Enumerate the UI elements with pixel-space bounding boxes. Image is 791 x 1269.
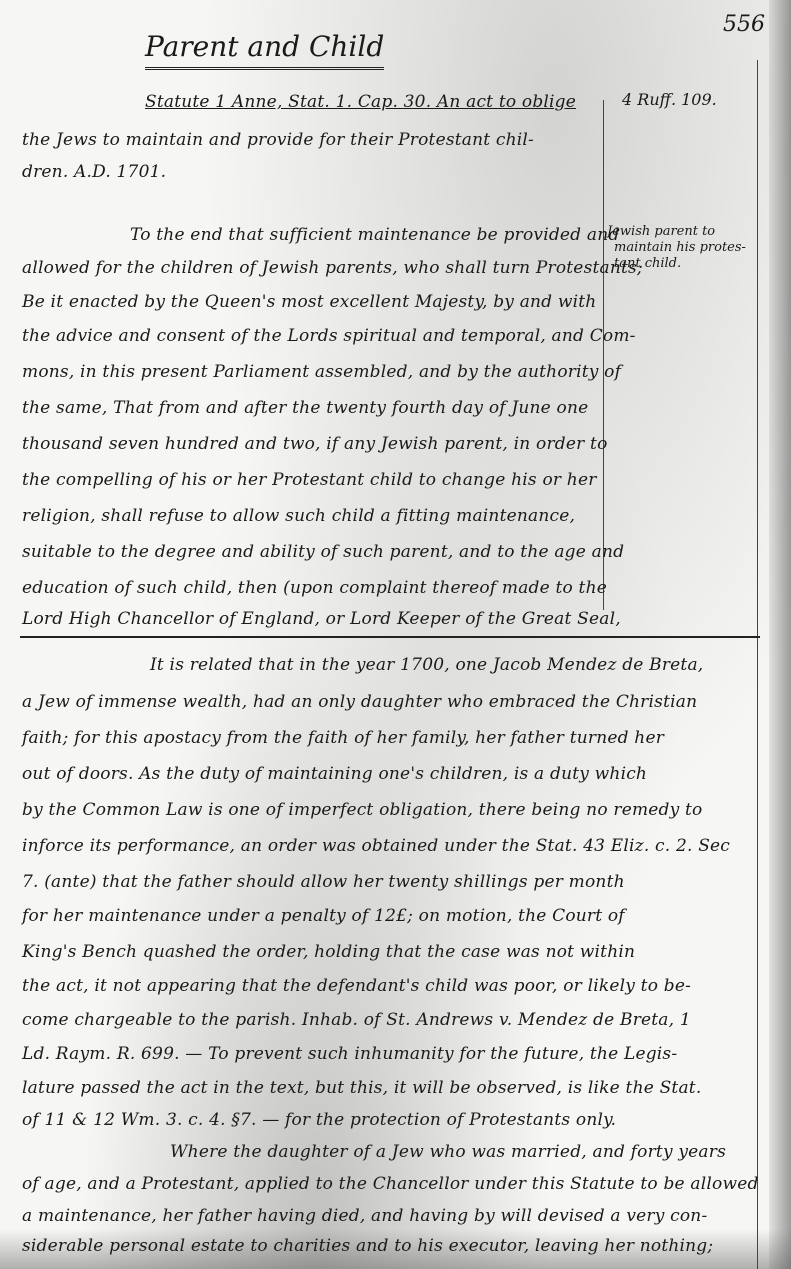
- text-line: by the Common Law is one of imperfect ob…: [22, 800, 703, 820]
- text-line: education of such child, then (upon comp…: [22, 578, 607, 598]
- statute-heading: Statute 1 Anne, Stat. 1. Cap. 30. An act…: [145, 92, 576, 112]
- text-line: mons, in this present Parliament assembl…: [22, 362, 621, 382]
- text-line: the compelling of his or her Protestant …: [22, 470, 597, 490]
- section-divider: [20, 636, 760, 638]
- text-line: Where the daughter of a Jew who was marr…: [170, 1142, 726, 1162]
- text-line: dren. A.D. 1701.: [22, 162, 166, 182]
- text-line: the same, That from and after the twenty…: [22, 398, 588, 418]
- text-line: inforce its performance, an order was ob…: [22, 836, 730, 856]
- margin-rule-right: [757, 60, 758, 1269]
- text-line: of 11 & 12 Wm. 3. c. 4. §7. — for the pr…: [22, 1110, 616, 1130]
- text-line: Ld. Raym. R. 699. — To prevent such inhu…: [22, 1044, 677, 1064]
- text-line: of age, and a Protestant, applied to the…: [22, 1174, 759, 1194]
- page-title: Parent and Child: [145, 30, 384, 70]
- manuscript-page: 556 Parent and Child 4 Ruff. 109. Jewish…: [0, 0, 791, 1269]
- text-line: siderable personal estate to charities a…: [22, 1236, 713, 1256]
- text-line: come chargeable to the parish. Inhab. of…: [22, 1010, 691, 1030]
- text-line: for her maintenance under a penalty of 1…: [22, 906, 625, 926]
- margin-rule-left: [603, 100, 604, 610]
- margin-citation: 4 Ruff. 109.: [622, 92, 717, 108]
- text-line: the act, it not appearing that the defen…: [22, 976, 691, 996]
- page-number: 556: [723, 12, 765, 37]
- text-line: the advice and consent of the Lords spir…: [22, 326, 636, 346]
- text-line: King's Bench quashed the order, holding …: [22, 942, 635, 962]
- text-line: allowed for the children of Jewish paren…: [22, 258, 643, 278]
- text-line: religion, shall refuse to allow such chi…: [22, 506, 575, 526]
- text-line: Be it enacted by the Queen's most excell…: [22, 292, 596, 312]
- text-line: lature passed the act in the text, but t…: [22, 1078, 701, 1098]
- margin-note-line: maintain his protes-: [614, 240, 746, 256]
- text-line: out of doors. As the duty of maintaining…: [22, 764, 647, 784]
- text-line: It is related that in the year 1700, one…: [150, 655, 703, 675]
- text-line: a maintenance, her father having died, a…: [22, 1206, 707, 1226]
- text-line: a Jew of immense wealth, had an only dau…: [22, 692, 697, 712]
- text-line: Lord High Chancellor of England, or Lord…: [22, 609, 621, 629]
- margin-note-line: Jewish parent to: [607, 224, 715, 240]
- text-line: 7. (ante) that the father should allow h…: [22, 872, 625, 892]
- text-line: thousand seven hundred and two, if any J…: [22, 434, 608, 454]
- page-edge-shadow: [769, 0, 791, 1269]
- text-line: the Jews to maintain and provide for the…: [22, 130, 534, 150]
- text-line: suitable to the degree and ability of su…: [22, 542, 624, 562]
- text-line: faith; for this apostacy from the faith …: [22, 728, 664, 748]
- text-line: To the end that sufficient maintenance b…: [130, 225, 619, 245]
